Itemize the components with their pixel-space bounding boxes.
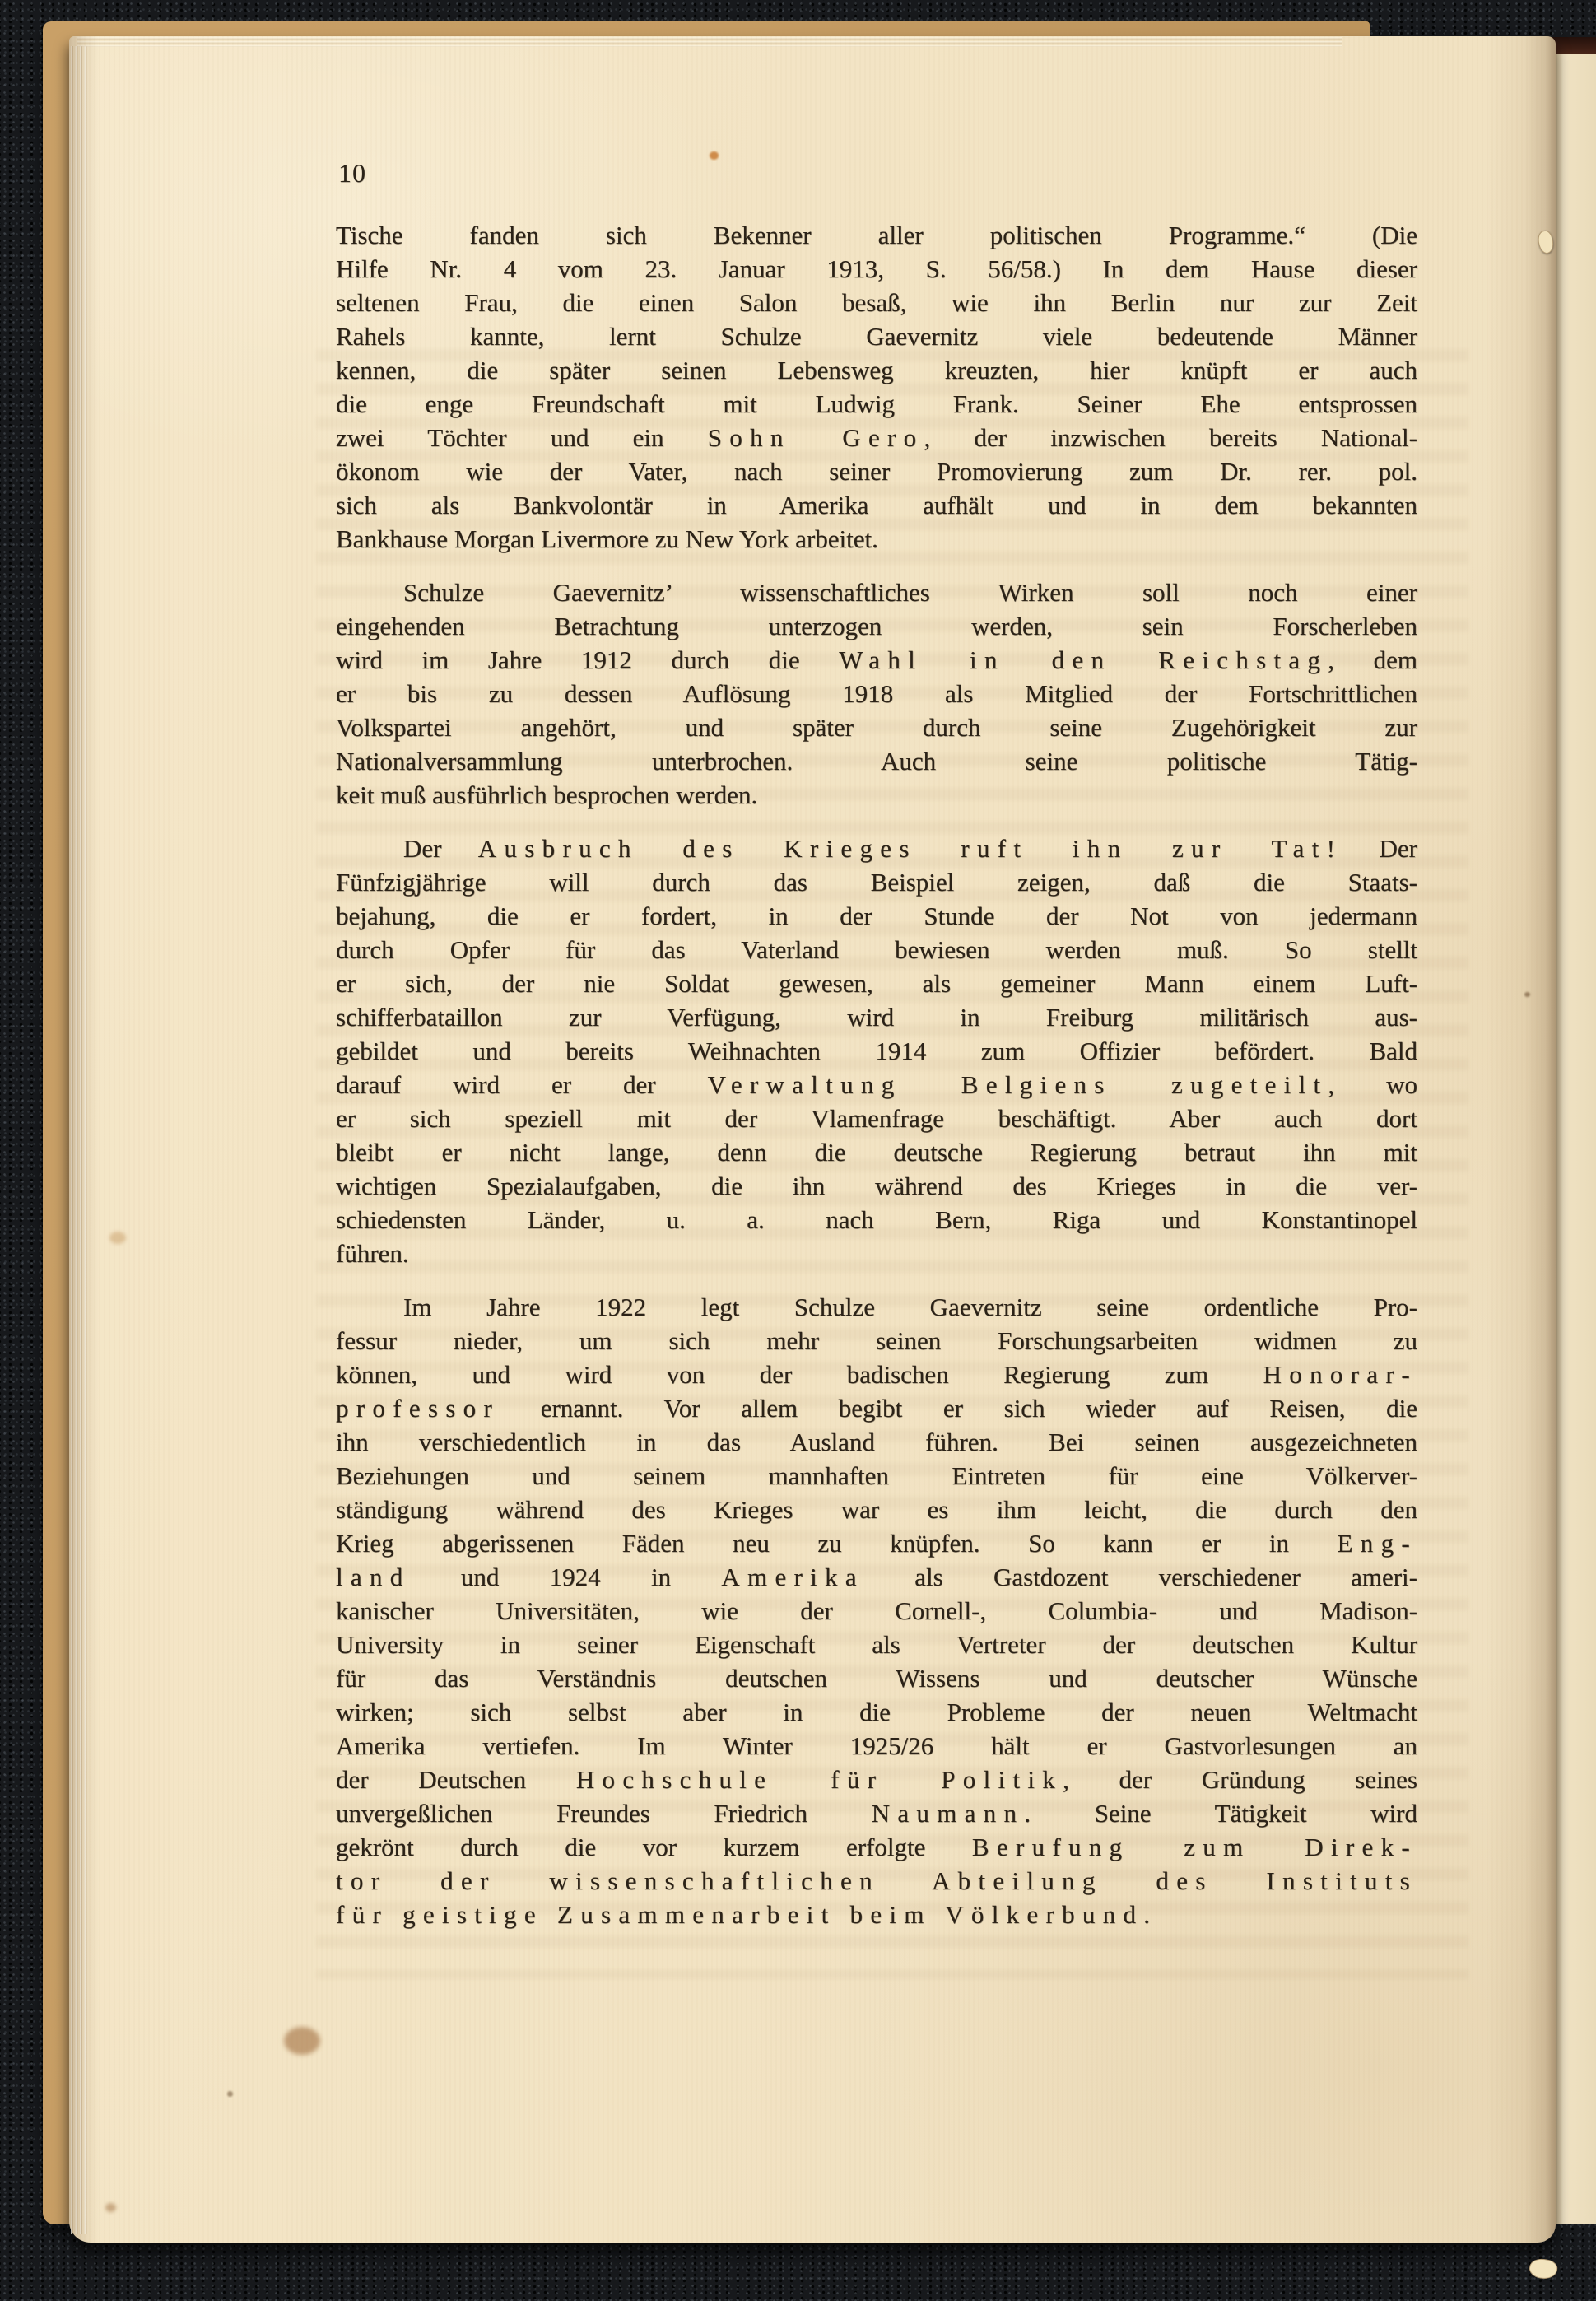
- body-text: Der: [1342, 834, 1417, 863]
- body-text: ständigung während des Krieges war es ih…: [336, 1495, 1417, 1524]
- text-line: zwei Töchter und ein Sohn Gero, der inzw…: [336, 421, 1417, 454]
- text-line: können, und wird von der badischen Regie…: [336, 1358, 1417, 1391]
- page-left-shadow: [69, 36, 99, 2243]
- paper-stain: [710, 151, 719, 160]
- body-text: Amerika vertiefen. Im Winter 1925/26 häl…: [336, 1731, 1417, 1760]
- body-text: schifferbataillon zur Verfügung, wird in…: [336, 1003, 1417, 1032]
- text-line: professor ernannt. Vor allem begibt er s…: [336, 1391, 1417, 1425]
- text-line: sich als Bankvolontär in Amerika aufhält…: [336, 488, 1417, 522]
- page-text: Tische fanden sich Bekenner aller politi…: [336, 218, 1417, 1931]
- scanned-book-photo: 10 Tische fanden sich Bekenner aller pol…: [0, 0, 1596, 2301]
- body-text: er sich speziell mit der Vlamenfrage bes…: [336, 1104, 1417, 1133]
- letterspaced-text: land: [336, 1563, 411, 1591]
- letterspaced-text: für geistige Zusammenarbeit beim Völkerb…: [336, 1900, 1157, 1929]
- text-line: kanischer Universitäten, wie der Cornell…: [336, 1594, 1417, 1628]
- body-text: bejahung, die er fordert, in der Stunde …: [336, 901, 1417, 930]
- body-text: Schulze Gaevernitz’ wissenschaftliches W…: [403, 578, 1417, 607]
- text-line: schiedensten Länder, u. a. nach Bern, Ri…: [336, 1203, 1417, 1237]
- text-line: wichtigen Spezialaufgaben, die ihn währe…: [336, 1169, 1417, 1203]
- text-line: Tische fanden sich Bekenner aller politi…: [336, 218, 1417, 252]
- letterspaced-text: professor: [336, 1394, 500, 1423]
- paper-stain: [284, 2027, 320, 2055]
- text-line: der Deutschen Hochschule für Politik, de…: [336, 1763, 1417, 1796]
- body-text: Rahels kannte, lernt Schulze Gaevernitz …: [336, 322, 1417, 351]
- body-text: Nationalversammlung unterbrochen. Auch s…: [336, 747, 1417, 776]
- text-line: eingehenden Betrachtung unterzogen werde…: [336, 609, 1417, 643]
- text-line: Volkspartei angehört, und später durch s…: [336, 710, 1417, 744]
- body-text: unvergeßlichen Freundes Friedrich: [336, 1799, 872, 1828]
- letterspaced-text: Wahl in den Reichstag: [839, 645, 1328, 674]
- body-text: darauf wird er der: [336, 1070, 708, 1099]
- text-line: bleibt er nicht lange, denn die deutsche…: [336, 1135, 1417, 1169]
- body-text: . Seine Tätigkeit wird: [1024, 1799, 1417, 1828]
- letterspaced-text: Sohn Gero: [708, 423, 924, 452]
- body-text: ihn verschiedentlich in das Ausland führ…: [336, 1428, 1417, 1456]
- text-line: wird im Jahre 1912 durch die Wahl in den…: [336, 643, 1417, 677]
- text-line: er sich, der nie Soldat gewesen, als gem…: [336, 967, 1417, 1000]
- body-text: die enge Freundschaft mit Ludwig Frank. …: [336, 389, 1417, 418]
- text-line: Amerika vertiefen. Im Winter 1925/26 häl…: [336, 1729, 1417, 1763]
- text-line: land und 1924 in Amerika als Gastdozent …: [336, 1560, 1417, 1594]
- text-line: Im Jahre 1922 legt Schulze Gaevernitz se…: [336, 1290, 1417, 1324]
- body-text: Krieg abgerissenen Fäden neu zu knüpfen.…: [336, 1529, 1338, 1558]
- letterspaced-text: Verwaltung Belgiens zugeteilt: [708, 1070, 1328, 1099]
- paper-stain: [227, 2091, 233, 2097]
- body-text: Volkspartei angehört, und später durch s…: [336, 713, 1417, 742]
- text-line: keit muß ausführlich besprochen werden.: [336, 778, 1417, 812]
- body-text: wird im Jahre 1912 durch die: [336, 645, 839, 674]
- paper-stain: [1524, 992, 1530, 997]
- text-line: ökonom wie der Vater, nach seiner Promov…: [336, 454, 1417, 488]
- text-line: bejahung, die er fordert, in der Stunde …: [336, 899, 1417, 933]
- text-line: schifferbataillon zur Verfügung, wird in…: [336, 1000, 1417, 1034]
- text-line: University in seiner Eigenschaft als Ver…: [336, 1628, 1417, 1661]
- body-text: Hilfe Nr. 4 vom 23. Januar 1913, S. 56/5…: [336, 254, 1417, 283]
- body-text: zwei Töchter und ein: [336, 423, 708, 452]
- body-text: seltenen Frau, die einen Salon besaß, wi…: [336, 288, 1417, 317]
- text-line: er bis zu dessen Auflösung 1918 als Mitg…: [336, 677, 1417, 710]
- body-text: Der: [403, 834, 478, 863]
- body-text: der Deutschen: [336, 1765, 576, 1794]
- paragraph: Schulze Gaevernitz’ wissenschaftliches W…: [336, 575, 1417, 812]
- letterspaced-text: Naumann: [872, 1799, 1025, 1828]
- body-text: wirken; sich selbst aber in die Probleme…: [336, 1698, 1417, 1726]
- letterspaced-text: Hochschule für Politik: [576, 1765, 1063, 1794]
- body-text: kennen, die später seinen Lebensweg kreu…: [336, 356, 1417, 384]
- text-line: ihn verschiedentlich in das Ausland führ…: [336, 1425, 1417, 1459]
- body-text: Beziehungen und seinem mannhaften Eintre…: [336, 1461, 1417, 1490]
- text-line: für geistige Zusammenarbeit beim Völkerb…: [336, 1898, 1417, 1931]
- body-text: wichtigen Spezialaufgaben, die ihn währe…: [336, 1171, 1417, 1200]
- letterspaced-text: Eng-: [1338, 1529, 1417, 1558]
- body-text: , wo: [1328, 1070, 1417, 1099]
- text-line: fessur nieder, um sich mehr seinen Forsc…: [336, 1324, 1417, 1358]
- body-text: Tische fanden sich Bekenner aller politi…: [336, 221, 1417, 249]
- body-text: gebildet und bereits Weihnachten 1914 zu…: [336, 1036, 1417, 1065]
- body-text: fessur nieder, um sich mehr seinen Forsc…: [336, 1326, 1417, 1355]
- paragraph: Tische fanden sich Bekenner aller politi…: [336, 218, 1417, 556]
- book-page: 10 Tische fanden sich Bekenner aller pol…: [69, 36, 1556, 2243]
- text-line: gebildet und bereits Weihnachten 1914 zu…: [336, 1034, 1417, 1068]
- body-text: keit muß ausführlich besprochen werden.: [336, 780, 757, 809]
- body-text: führen.: [336, 1239, 409, 1268]
- body-text: gekrönt durch die vor kurzem erfolgte: [336, 1833, 972, 1861]
- body-text: Fünfzigjährige will durch das Beispiel z…: [336, 868, 1417, 897]
- letterspaced-text: Honorar-: [1263, 1360, 1417, 1389]
- text-line: Beziehungen und seinem mannhaften Eintre…: [336, 1459, 1417, 1493]
- letterspaced-text: Amerika: [721, 1563, 864, 1591]
- body-text: sich als Bankvolontär in Amerika aufhält…: [336, 491, 1417, 519]
- gutter-shadow: [1487, 36, 1556, 2243]
- text-line: Schulze Gaevernitz’ wissenschaftliches W…: [336, 575, 1417, 609]
- body-text: er bis zu dessen Auflösung 1918 als Mitg…: [336, 679, 1417, 708]
- text-line: Rahels kannte, lernt Schulze Gaevernitz …: [336, 319, 1417, 353]
- text-line: Hilfe Nr. 4 vom 23. Januar 1913, S. 56/5…: [336, 252, 1417, 286]
- text-line: Krieg abgerissenen Fäden neu zu knüpfen.…: [336, 1526, 1417, 1560]
- paper-stain: [105, 2203, 116, 2212]
- text-line: tor der wissenschaftlichen Abteilung des…: [336, 1864, 1417, 1898]
- letterspaced-text: Ausbruch des Krieges ruft ihn zur Tat!: [478, 834, 1342, 863]
- adjacent-page-gutter: [1554, 48, 1596, 2224]
- letterspaced-text: Berufung zum Direk-: [972, 1833, 1417, 1861]
- text-line: Der Ausbruch des Krieges ruft ihn zur Ta…: [336, 831, 1417, 865]
- body-text: eingehenden Betrachtung unterzogen werde…: [336, 612, 1417, 640]
- paragraph: Der Ausbruch des Krieges ruft ihn zur Ta…: [336, 831, 1417, 1270]
- body-text: kanischer Universitäten, wie der Cornell…: [336, 1596, 1417, 1625]
- body-text: können, und wird von der badischen Regie…: [336, 1360, 1263, 1389]
- body-text: ernannt. Vor allem begibt er sich wieder…: [500, 1394, 1417, 1423]
- body-text: durch Opfer für das Vaterland bewiesen w…: [336, 935, 1417, 964]
- page-number: 10: [338, 158, 366, 189]
- text-line: Nationalversammlung unterbrochen. Auch s…: [336, 744, 1417, 778]
- text-line: darauf wird er der Verwaltung Belgiens z…: [336, 1068, 1417, 1102]
- text-line: gekrönt durch die vor kurzem erfolgte Be…: [336, 1830, 1417, 1864]
- text-line: für das Verständnis deutschen Wissens un…: [336, 1661, 1417, 1695]
- body-text: , dem: [1328, 645, 1417, 674]
- text-line: ständigung während des Krieges war es ih…: [336, 1493, 1417, 1526]
- text-line: seltenen Frau, die einen Salon besaß, wi…: [336, 286, 1417, 319]
- text-line: er sich speziell mit der Vlamenfrage bes…: [336, 1102, 1417, 1135]
- text-line: führen.: [336, 1237, 1417, 1270]
- body-text: schiedensten Länder, u. a. nach Bern, Ri…: [336, 1205, 1417, 1234]
- body-text: Bankhause Morgan Livermore zu New York a…: [336, 524, 878, 553]
- body-text: Im Jahre 1922 legt Schulze Gaevernitz se…: [403, 1293, 1417, 1321]
- letterspaced-text: tor der wissenschaftlichen Abteilung des…: [336, 1866, 1417, 1895]
- text-line: die enge Freundschaft mit Ludwig Frank. …: [336, 387, 1417, 421]
- text-line: Bankhause Morgan Livermore zu New York a…: [336, 522, 1417, 556]
- body-text: er sich, der nie Soldat gewesen, als gem…: [336, 969, 1417, 998]
- body-text: als Gastdozent verschiedener ameri-: [864, 1563, 1417, 1591]
- paper-stain: [109, 1232, 126, 1244]
- text-line: wirken; sich selbst aber in die Probleme…: [336, 1695, 1417, 1729]
- body-text: University in seiner Eigenschaft als Ver…: [336, 1630, 1417, 1659]
- text-line: kennen, die später seinen Lebensweg kreu…: [336, 353, 1417, 387]
- body-text: bleibt er nicht lange, denn die deutsche…: [336, 1138, 1417, 1167]
- body-text: , der inzwischen bereits National-: [924, 423, 1417, 452]
- text-line: Fünfzigjährige will durch das Beispiel z…: [336, 865, 1417, 899]
- body-text: für das Verständnis deutschen Wissens un…: [336, 1664, 1417, 1693]
- body-text: und 1924 in: [411, 1563, 722, 1591]
- body-text: , der Gründung seines: [1063, 1765, 1417, 1794]
- paragraph: Im Jahre 1922 legt Schulze Gaevernitz se…: [336, 1290, 1417, 1931]
- body-text: ökonom wie der Vater, nach seiner Promov…: [336, 457, 1417, 486]
- text-line: unvergeßlichen Freundes Friedrich Nauman…: [336, 1796, 1417, 1830]
- page-edge-lines-top: [77, 37, 1342, 47]
- text-line: durch Opfer für das Vaterland bewiesen w…: [336, 933, 1417, 967]
